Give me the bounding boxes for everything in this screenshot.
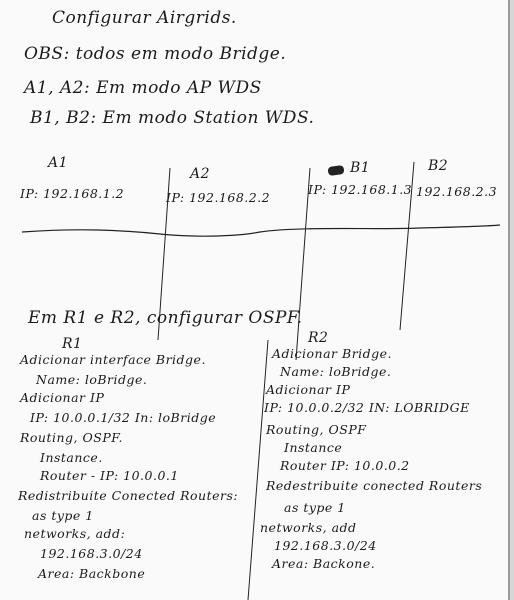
r1-line: Adicionar IP <box>20 390 104 405</box>
device-a2-name: A2 <box>190 166 210 182</box>
r1-line: Routing, OSPF. <box>20 430 123 445</box>
device-a1-name: A1 <box>48 155 68 171</box>
r2-line: 192.168.3.0/24 <box>274 538 377 553</box>
r1-line: Name: loBridge. <box>36 372 147 387</box>
ospf-heading: Em R1 e R2, configurar OSPF. <box>28 308 302 328</box>
r1-line: Instance. <box>40 450 103 465</box>
r2-line: Router IP: 10.0.0.2 <box>280 458 410 473</box>
r1-line: Adicionar interface Bridge. <box>20 352 206 367</box>
device-a1-ip: IP: 192.168.1.2 <box>20 186 124 201</box>
r2-line: Name: loBridge. <box>280 364 391 379</box>
r1-line: Area: Backbone <box>38 566 145 581</box>
r1-line: Redistribuite Conected Routers: <box>18 488 238 503</box>
mode-b-note: B1, B2: Em modo Station WDS. <box>30 108 314 128</box>
device-b1-ip: IP: 192.168.1.3 <box>308 182 412 197</box>
r2-line: Instance <box>284 440 342 455</box>
r2-line: IP: 10.0.0.2/32 IN: LOBRIDGE <box>264 400 470 415</box>
r1-line: 192.168.3.0/24 <box>40 546 143 561</box>
r1-label: R1 <box>62 336 82 352</box>
page-title: Configurar Airgrids. <box>52 8 237 28</box>
r2-line: Area: Backone. <box>272 556 375 571</box>
r2-line: as type 1 <box>284 500 346 515</box>
mode-a-note: A1, A2: Em modo AP WDS <box>24 78 262 98</box>
r2-line: Routing, OSPF <box>266 422 366 437</box>
device-b2-ip: 192.168.2.3 <box>416 184 497 199</box>
device-b2-name: B2 <box>428 158 448 174</box>
r2-line: networks, add <box>260 520 357 535</box>
r2-line: Adicionar Bridge. <box>272 346 392 361</box>
device-a2-ip: IP: 192.168.2.2 <box>166 190 270 205</box>
device-b1-name: B1 <box>350 160 370 176</box>
r1-line: IP: 10.0.0.1/32 In: loBridge <box>30 410 216 425</box>
page-edge <box>510 0 514 600</box>
r1-line: Router - IP: 10.0.0.1 <box>40 468 179 483</box>
obs-note: OBS: todos em modo Bridge. <box>24 44 286 64</box>
r1-line: networks, add: <box>24 526 125 541</box>
r2-label: R2 <box>308 330 328 346</box>
r2-line: Redestribuite conected Routers <box>266 478 482 493</box>
r1-line: as type 1 <box>32 508 94 523</box>
r2-line: Adicionar IP <box>266 382 350 397</box>
